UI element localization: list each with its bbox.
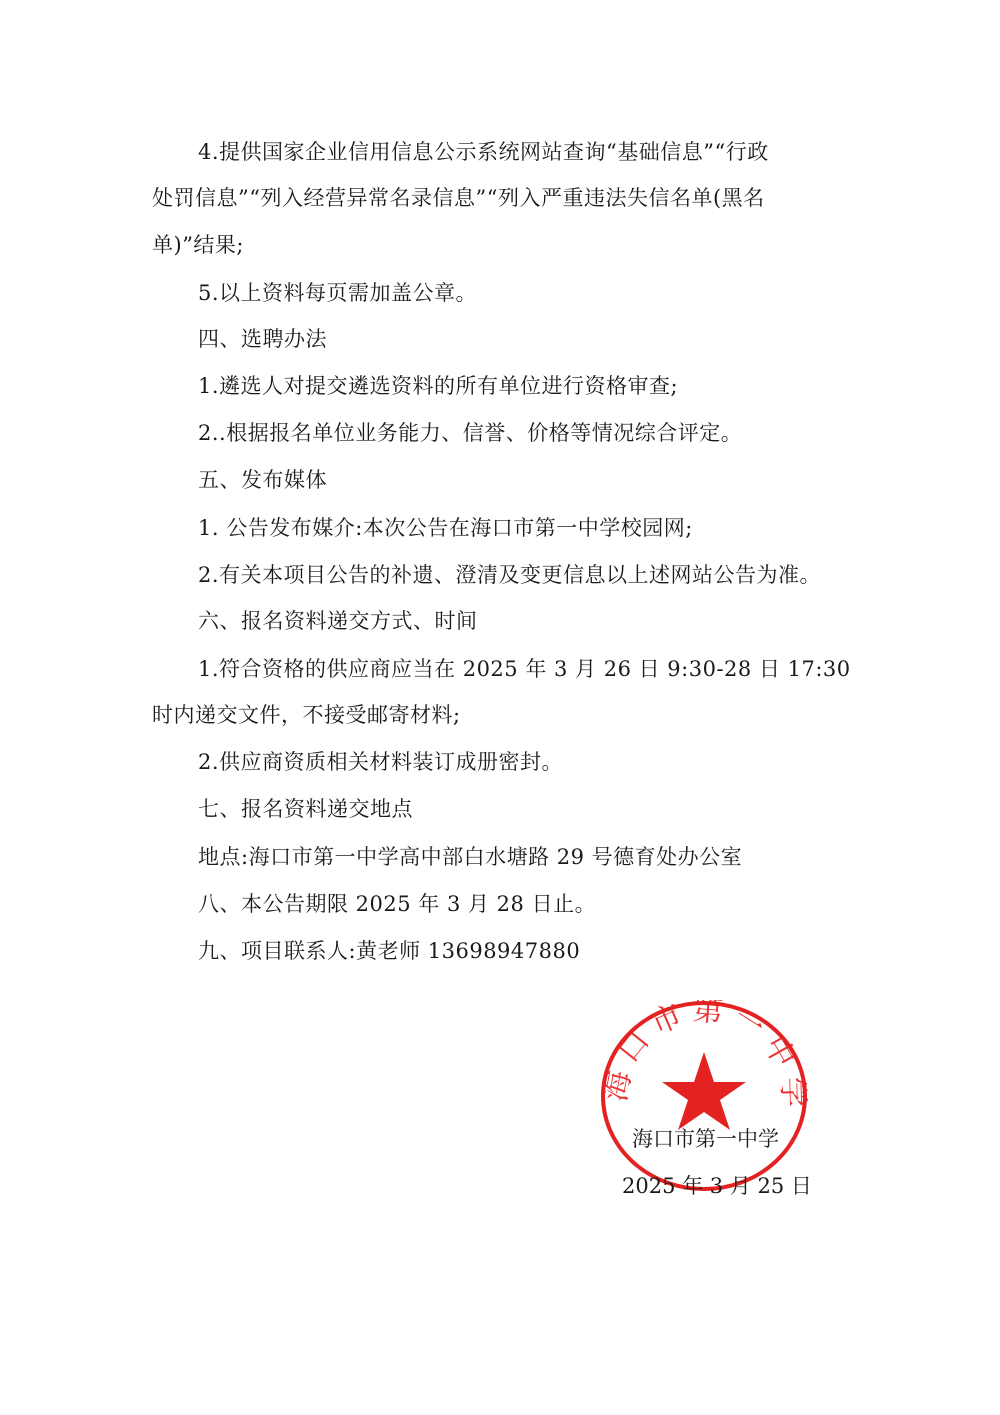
section-heading-8: 八、本公告期限 2025 年 3 月 28 日止。 (198, 889, 596, 919)
section-5-item-1: 1. 公告发布媒介:本次公告在海口市第一中学校园网; (198, 513, 693, 543)
section-heading-9-contact: 九、项目联系人:黄老师 13698947880 (198, 936, 580, 966)
section-6-item-1-line2: 时内递交文件，不接受邮寄材料; (152, 700, 461, 730)
section-5-item-2: 2.有关本项目公告的补遗、澄清及变更信息以上述网站公告为准。 (198, 560, 821, 590)
section-heading-7: 七、报名资料递交地点 (198, 794, 413, 824)
signature-organization: 海口市第一中学 (632, 1124, 779, 1154)
document-page: 4.提供国家企业信用信息公示系统网站查询“基础信息”“行政 处罚信息”“列入经营… (0, 0, 1000, 1415)
paragraph-item-4-line3: 单)”结果; (152, 230, 244, 260)
signature-date: 2025 年 3 月 25 日 (622, 1171, 812, 1201)
paragraph-item-4-line2: 处罚信息”“列入经营异常名录信息”“列入严重违法失信名单(黑名 (152, 183, 765, 213)
star-icon (662, 1052, 746, 1130)
section-4-item-2: 2..根据报名单位业务能力、信誉、价格等情况综合评定。 (198, 418, 742, 448)
section-4-item-1: 1.遴选人对提交遴选资料的所有单位进行资格审查; (198, 371, 678, 401)
section-heading-4: 四、选聘办法 (198, 324, 327, 354)
section-heading-6: 六、报名资料递交方式、时间 (198, 606, 478, 636)
paragraph-item-5: 5.以上资料每页需加盖公章。 (198, 278, 477, 308)
section-6-item-1-line1: 1.符合资格的供应商应当在 2025 年 3 月 26 日 9:30-28 日 … (198, 654, 851, 684)
section-7-address: 地点:海口市第一中学高中部白水塘路 29 号德育处办公室 (198, 842, 742, 872)
section-6-item-2: 2.供应商资质相关材料装订成册密封。 (198, 747, 563, 777)
section-heading-5: 五、发布媒体 (198, 465, 327, 495)
official-seal-stamp: 海口市第一中学 (600, 1000, 810, 1198)
paragraph-item-4-line1: 4.提供国家企业信用信息公示系统网站查询“基础信息”“行政 (198, 137, 769, 167)
